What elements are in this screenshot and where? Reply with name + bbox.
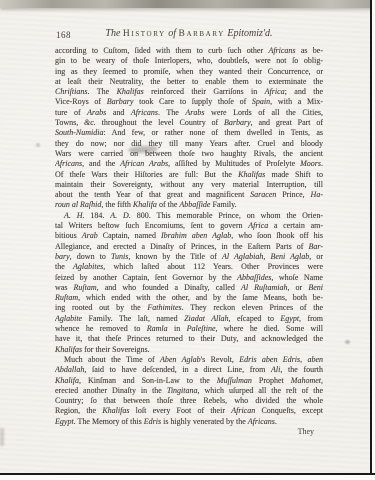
catchword: They (55, 427, 323, 437)
scanned-book-page: { "page": { "paper_color": "#f3f1ec", "i… (0, 0, 375, 480)
text-line: Abdallah, ſaid to have deſcended, in a d… (55, 365, 323, 375)
page-title: The History of Barbary Epitomiz'd. (55, 27, 323, 39)
text-line: about the tenth Year of that great and m… (55, 190, 323, 200)
text-line: ture of Arabs and Africans. The Arabs we… (55, 108, 323, 118)
scan-bottom-margin (0, 475, 375, 480)
text-line: Wars were carried on between thoſe two h… (55, 149, 323, 159)
text-line: ſeized by another Captain, ſent Governor… (55, 273, 323, 283)
body-text: according to Cuſtom, ſided with them to … (55, 46, 323, 427)
text-line: whence he removed to Ramla in Paleſtine,… (55, 324, 323, 334)
text-line: A. H. 184. A. D. 800. This memorable Pri… (55, 211, 323, 221)
text-line: bitious Arab Captain, named Ibrahim aben… (55, 231, 323, 241)
page-number: 168 (56, 30, 71, 40)
title-segment: Epitomiz'd. (225, 28, 273, 39)
text-line: Ruſtam, which ended with the other, and … (55, 293, 323, 303)
text-line: Much about the Time of Aben Aglab's Revo… (55, 355, 323, 365)
text-block: 168 The History of Barbary Epitomiz'd. a… (55, 27, 323, 437)
text-line: Region, the Khalifas loſt every Foot of … (55, 406, 323, 416)
text-line: tal Writers beſtow ſuch Encomiums, ſent … (55, 221, 323, 231)
text-line: Towns, &c. throughout the level Country … (55, 118, 323, 128)
scan-bottom-edge-line (0, 473, 375, 475)
title-segment: of (166, 28, 179, 39)
text-line: gin to be weary of thoſe Interlopers, wh… (55, 56, 323, 66)
text-line: Egypt. The Memory of this Edris is highl… (55, 417, 323, 427)
page-header: 168 The History of Barbary Epitomiz'd. (55, 27, 323, 41)
text-line: roun al Raſhid, the fifth Khalifa of the… (55, 200, 323, 210)
text-line: Africans, and the African Arabs, aſſiſte… (55, 159, 323, 169)
text-line: Allegiance, and erected a Dinaſty of Pri… (55, 242, 323, 252)
text-line: Chriſtians. The Khalifas reinforced thei… (55, 87, 323, 97)
text-line: Khalifa, Kinſman and Son-in-Law to the M… (55, 376, 323, 386)
ink-smudge (345, 340, 350, 344)
page-background: 168 The History of Barbary Epitomiz'd. a… (0, 0, 375, 480)
text-line: Vice-Roys of Barbary took Care to ſupply… (55, 97, 323, 107)
title-segment: Barbary (179, 29, 225, 39)
scan-right-edge-line (370, 0, 373, 480)
scan-artifact (0, 428, 4, 446)
scan-top-edge (0, 0, 375, 8)
text-line: the Aglabites, which laſted about 112 Ye… (55, 262, 323, 272)
text-line: bary, down to Tunis, known by the Title … (55, 252, 323, 262)
ink-smudge (36, 143, 40, 147)
text-line: Country; ſo that between thoſe three Reb… (55, 396, 323, 406)
text-line: at leaſt their Neutrality, the better to… (55, 77, 323, 87)
title-segment: The (105, 28, 123, 39)
text-line: according to Cuſtom, ſided with them to … (55, 46, 323, 56)
text-line: they do now; nor did they till many Year… (55, 139, 323, 149)
text-line: Aglabite Family. The laſt, named Ziadat … (55, 314, 323, 324)
text-line: Of theſe Wars their Hiſtories are full: … (55, 170, 323, 180)
text-line: have it, that theſe Princes returned to … (55, 334, 323, 344)
text-line: ing rooted out by the Fathimites. They r… (55, 303, 323, 313)
text-line: ing as they ſeemed to promiſe, when they… (55, 67, 323, 77)
text-line: maintain their Sovereignty, without any … (55, 180, 323, 190)
text-line: was Ruſtam, and who founded a Dinaſty, c… (55, 283, 323, 293)
title-segment: History (123, 29, 166, 39)
text-line: erected another Dinaſty in the Tingitana… (55, 386, 323, 396)
text-line: Khalifas for their Sovereigns. (55, 345, 323, 355)
text-line: South-Numidia: And few, or rather none o… (55, 128, 323, 138)
